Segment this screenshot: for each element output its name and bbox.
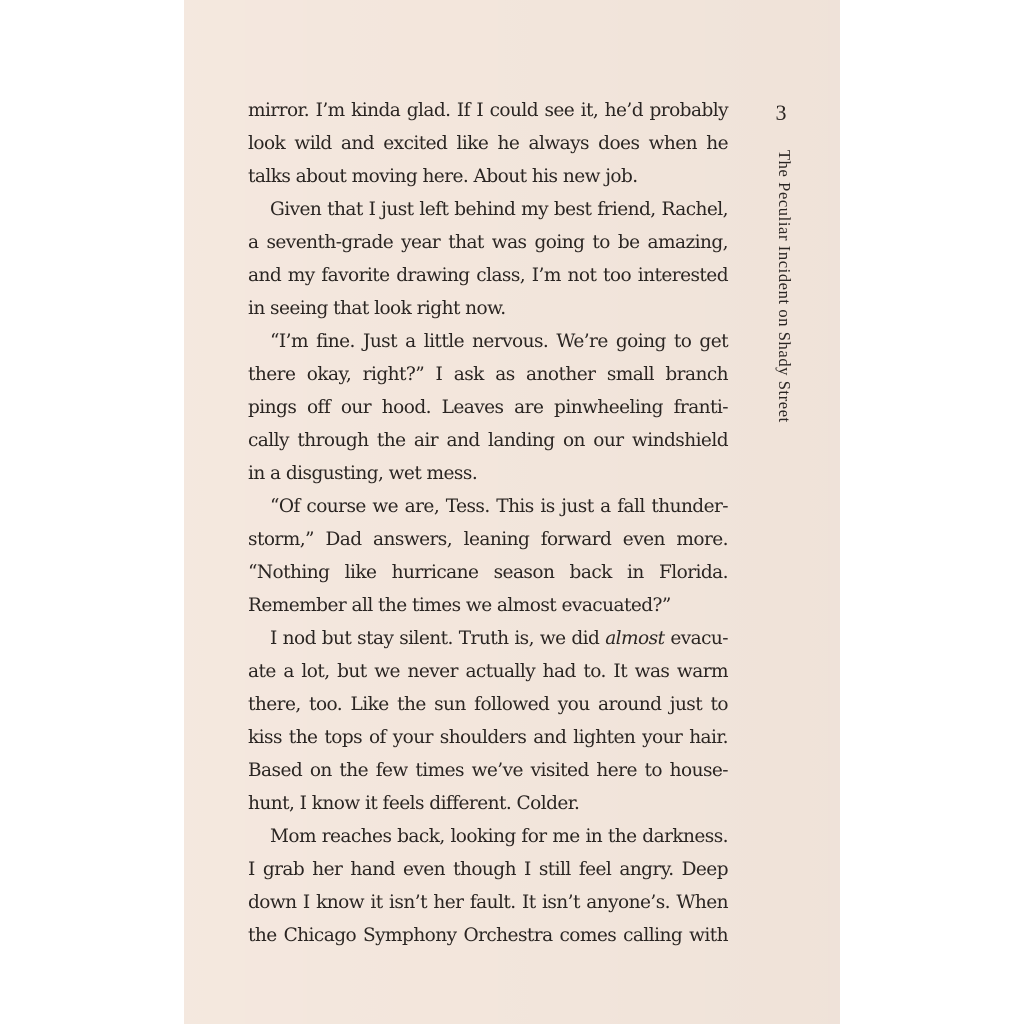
text-line: “Nothing like hurricane season back in F… — [248, 556, 728, 589]
text-line: cally through the air and landing on our… — [248, 424, 728, 457]
text-line: “I’m fine. Just a little nervous. We’re … — [248, 325, 728, 358]
text-line: Based on the few times we’ve visited her… — [248, 754, 728, 787]
text-line: a seventh-grade year that was going to b… — [248, 226, 728, 259]
text-line: I nod but stay silent. Truth is, we did … — [248, 622, 728, 655]
book-page: mirror. I’m kinda glad. If I could see i… — [184, 0, 840, 1024]
text-line: Remember all the times we almost evacuat… — [248, 589, 728, 622]
text-line: Mom reaches back, looking for me in the … — [248, 820, 728, 853]
text-line: “Of course we are, Tess. This is just a … — [248, 490, 728, 523]
text-line: in seeing that look right now. — [248, 292, 728, 325]
text-line: mirror. I’m kinda glad. If I could see i… — [248, 94, 728, 127]
text-line: there, too. Like the sun followed you ar… — [248, 688, 728, 721]
text-line: hunt, I know it feels different. Colder. — [248, 787, 728, 820]
page-number: 3 — [771, 100, 791, 126]
text-line: Given that I just left behind my best fr… — [248, 193, 728, 226]
text-line: in a disgusting, wet mess. — [248, 457, 728, 490]
text-segment: I nod but stay silent. Truth is, we did — [270, 628, 605, 649]
text-line: storm,” Dad answers, leaning forward eve… — [248, 523, 728, 556]
text-line: talks about moving here. About his new j… — [248, 160, 728, 193]
text-line: down I know it isn’t her fault. It isn’t… — [248, 886, 728, 919]
text-line: there okay, right?” I ask as another sma… — [248, 358, 728, 391]
text-line: kiss the tops of your shoulders and ligh… — [248, 721, 728, 754]
text-line: ate a lot, but we never actually had to.… — [248, 655, 728, 688]
text-line: I grab her hand even though I still feel… — [248, 853, 728, 886]
text-line: the Chicago Symphony Orchestra comes cal… — [248, 919, 728, 952]
italic-emphasis: almost — [605, 628, 664, 649]
running-head-title: The Peculiar Incident on Shady Street — [770, 150, 794, 480]
text-line: pings off our hood. Leaves are pinwheeli… — [248, 391, 728, 424]
text-line: look wild and excited like he always doe… — [248, 127, 728, 160]
text-line: and my favorite drawing class, I’m not t… — [248, 259, 728, 292]
text-segment: evacu- — [664, 628, 728, 649]
body-text: mirror. I’m kinda glad. If I could see i… — [248, 94, 728, 952]
